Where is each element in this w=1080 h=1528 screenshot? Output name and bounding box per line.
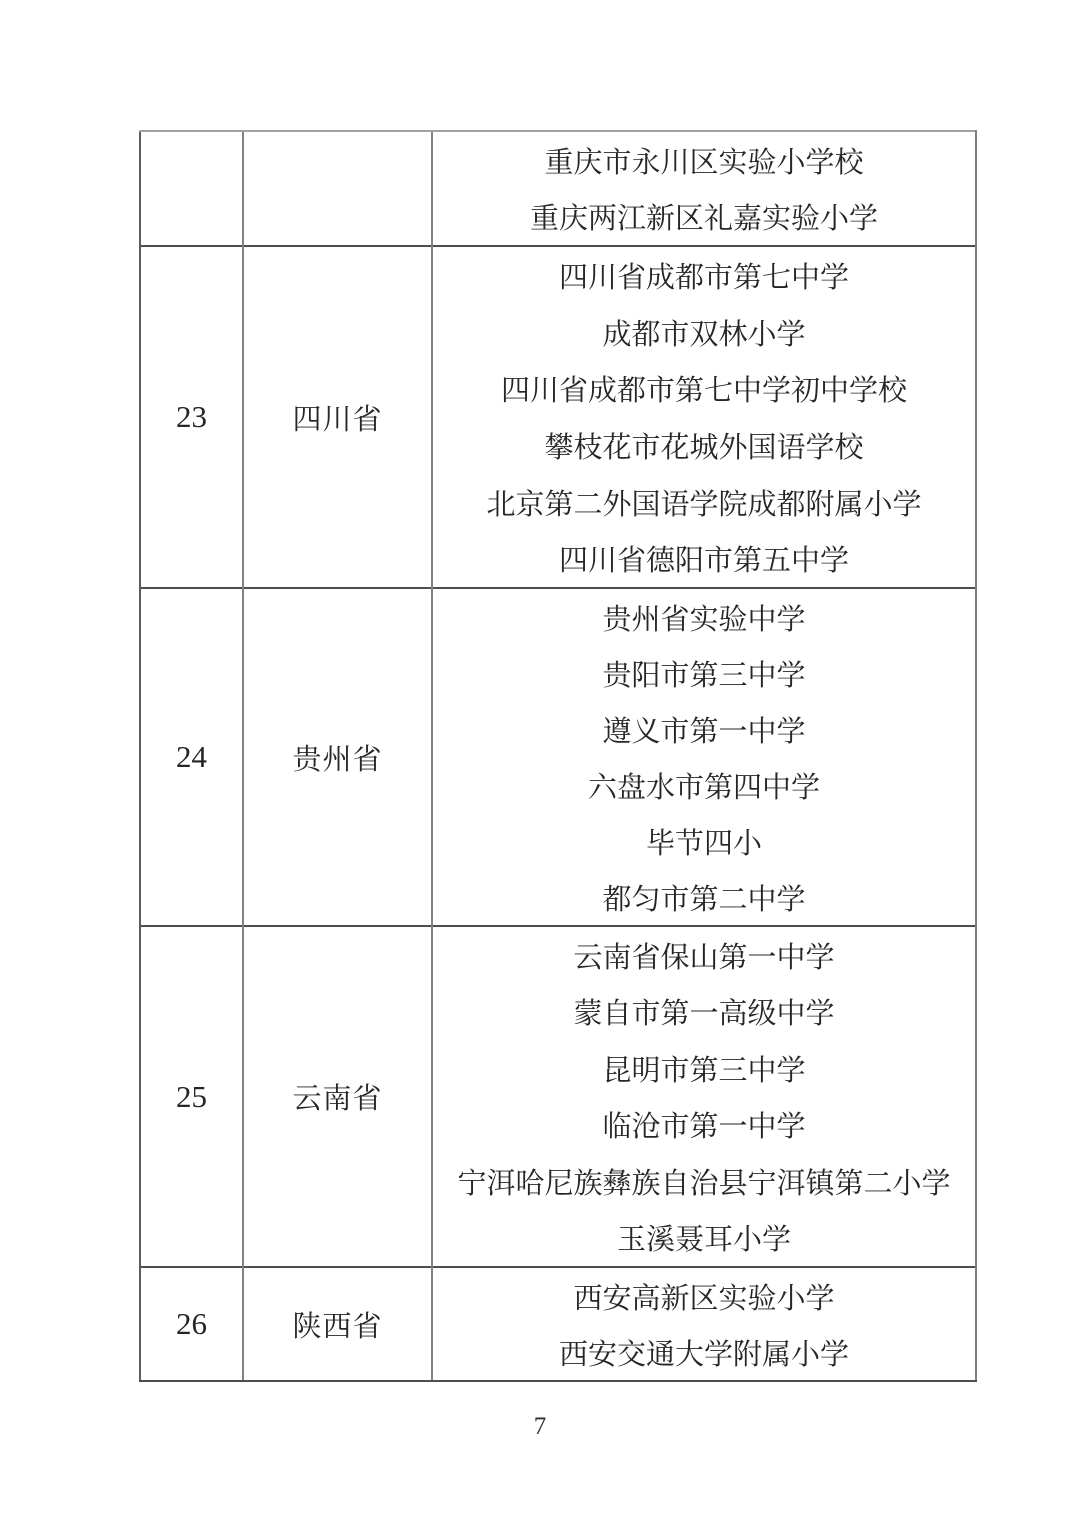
school-table-body: 重庆市永川区实验小学校重庆两江新区礼嘉实验小学23四川省四川省成都市第七中学成都… [140, 131, 976, 1381]
school-name: 攀枝花市花城外国语学校 [433, 417, 975, 474]
school-list: 重庆市永川区实验小学校重庆两江新区礼嘉实验小学 [433, 132, 975, 245]
row-number-cell: 26 [140, 1267, 243, 1381]
school-name: 蒙自市第一高级中学 [433, 984, 975, 1041]
table-row: 26陕西省西安高新区实验小学西安交通大学附属小学 [140, 1267, 976, 1381]
row-number-cell [140, 131, 243, 246]
schools-cell: 重庆市永川区实验小学校重庆两江新区礼嘉实验小学 [432, 131, 976, 246]
school-name: 毕节四小 [433, 813, 975, 869]
page-number: 7 [0, 1413, 1080, 1441]
school-name: 北京第二外国语学院成都附属小学 [433, 474, 975, 531]
school-table: 重庆市永川区实验小学校重庆两江新区礼嘉实验小学23四川省四川省成都市第七中学成都… [139, 130, 977, 1382]
schools-cell: 云南省保山第一中学蒙自市第一高级中学昆明市第三中学临沧市第一中学宁洱哈尼族彝族自… [432, 926, 976, 1267]
school-name: 临沧市第一中学 [433, 1097, 975, 1154]
province-cell: 云南省 [243, 926, 432, 1267]
school-name: 贵州省实验中学 [433, 589, 975, 645]
row-number-cell: 24 [140, 588, 243, 926]
school-name: 宁洱哈尼族彝族自治县宁洱镇第二小学 [433, 1153, 975, 1210]
school-name: 四川省德阳市第五中学 [433, 530, 975, 587]
row-number-cell: 25 [140, 926, 243, 1267]
schools-cell: 西安高新区实验小学西安交通大学附属小学 [432, 1267, 976, 1381]
school-name: 都匀市第二中学 [433, 869, 975, 925]
table-row: 23四川省四川省成都市第七中学成都市双林小学四川省成都市第七中学初中学校攀枝花市… [140, 246, 976, 588]
school-name: 贵阳市第三中学 [433, 645, 975, 701]
school-list: 西安高新区实验小学西安交通大学附属小学 [433, 1268, 975, 1380]
school-list: 云南省保山第一中学蒙自市第一高级中学昆明市第三中学临沧市第一中学宁洱哈尼族彝族自… [433, 927, 975, 1266]
school-name: 四川省成都市第七中学初中学校 [433, 360, 975, 417]
school-list: 四川省成都市第七中学成都市双林小学四川省成都市第七中学初中学校攀枝花市花城外国语… [433, 247, 975, 587]
school-name: 四川省成都市第七中学 [433, 247, 975, 304]
school-name: 昆明市第三中学 [433, 1040, 975, 1097]
school-list: 贵州省实验中学贵阳市第三中学遵义市第一中学六盘水市第四中学毕节四小都匀市第二中学 [433, 589, 975, 925]
province-cell [243, 131, 432, 246]
school-name: 重庆市永川区实验小学校 [433, 132, 975, 189]
table-row: 25云南省云南省保山第一中学蒙自市第一高级中学昆明市第三中学临沧市第一中学宁洱哈… [140, 926, 976, 1267]
table-row: 24贵州省贵州省实验中学贵阳市第三中学遵义市第一中学六盘水市第四中学毕节四小都匀… [140, 588, 976, 926]
province-cell: 四川省 [243, 246, 432, 588]
school-name: 重庆两江新区礼嘉实验小学 [433, 189, 975, 246]
school-name: 云南省保山第一中学 [433, 927, 975, 984]
document-page: 重庆市永川区实验小学校重庆两江新区礼嘉实验小学23四川省四川省成都市第七中学成都… [0, 0, 1080, 1528]
school-name: 成都市双林小学 [433, 304, 975, 361]
school-name: 玉溪聂耳小学 [433, 1210, 975, 1267]
schools-cell: 贵州省实验中学贵阳市第三中学遵义市第一中学六盘水市第四中学毕节四小都匀市第二中学 [432, 588, 976, 926]
schools-cell: 四川省成都市第七中学成都市双林小学四川省成都市第七中学初中学校攀枝花市花城外国语… [432, 246, 976, 588]
school-name: 遵义市第一中学 [433, 701, 975, 757]
province-cell: 贵州省 [243, 588, 432, 926]
school-name: 西安高新区实验小学 [433, 1268, 975, 1324]
table-row: 重庆市永川区实验小学校重庆两江新区礼嘉实验小学 [140, 131, 976, 246]
row-number-cell: 23 [140, 246, 243, 588]
school-name: 六盘水市第四中学 [433, 757, 975, 813]
province-cell: 陕西省 [243, 1267, 432, 1381]
school-name: 西安交通大学附属小学 [433, 1324, 975, 1380]
